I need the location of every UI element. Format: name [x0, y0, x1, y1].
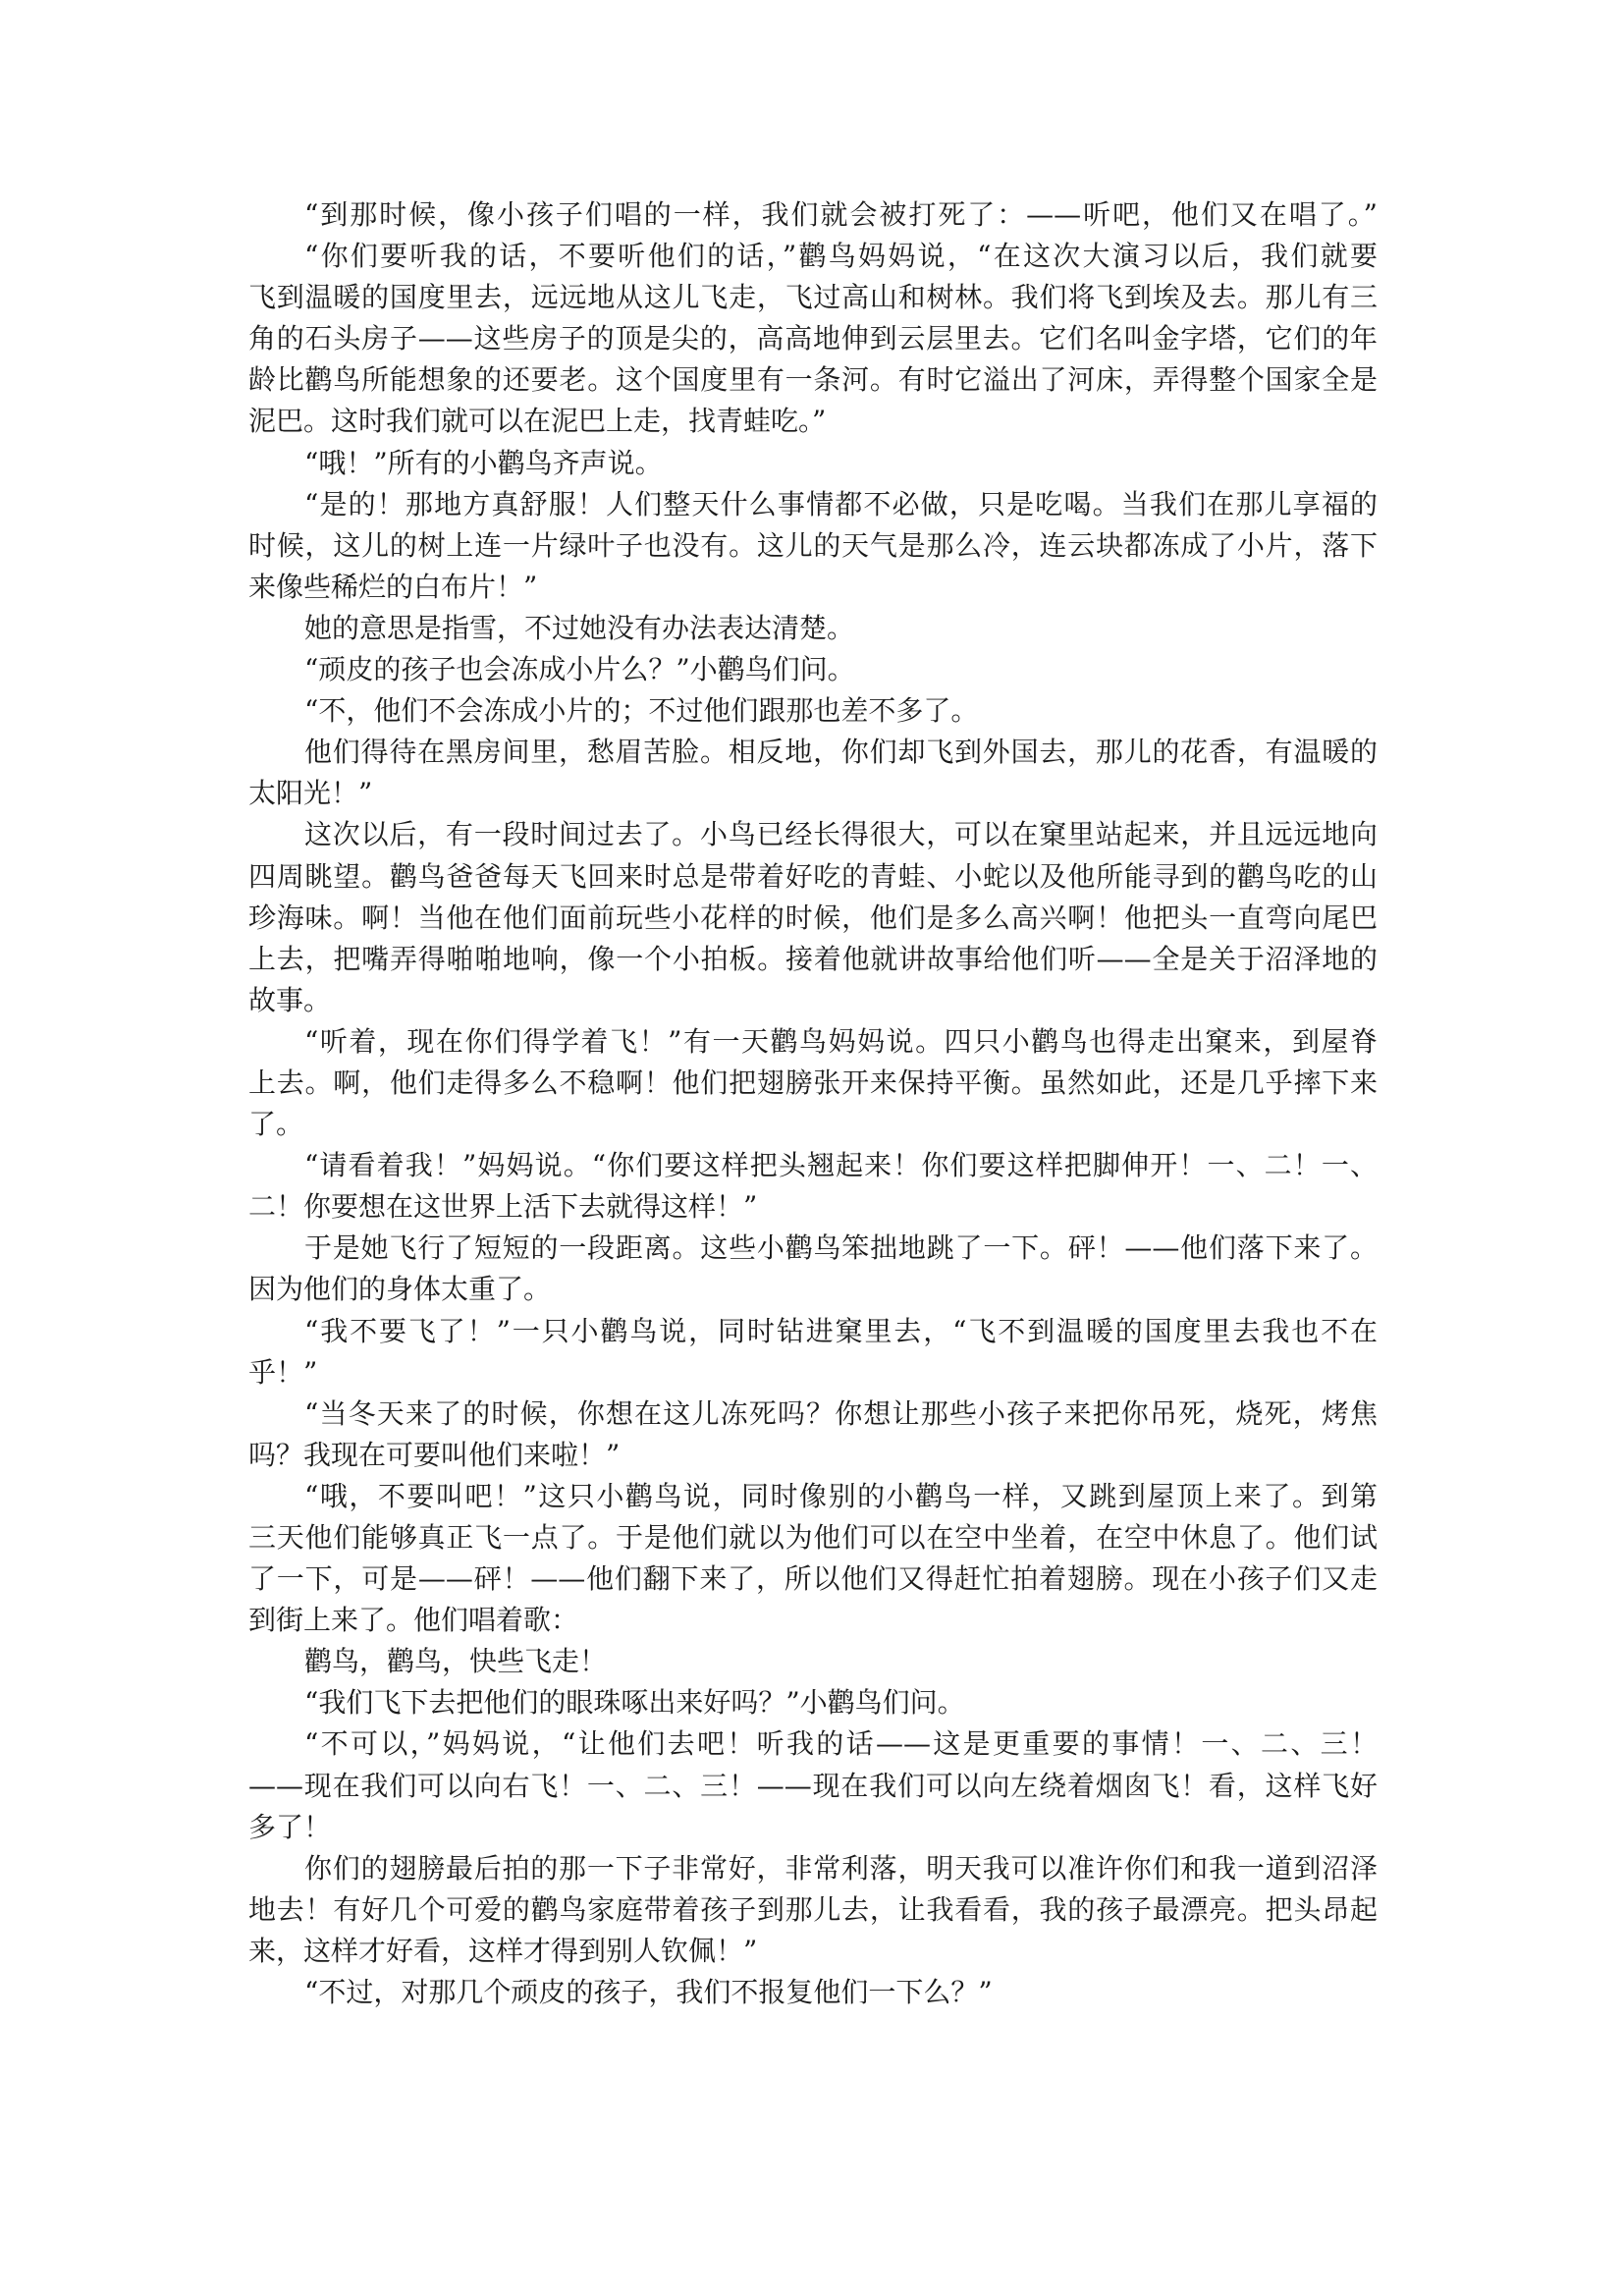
text-line: 珍海味。啊！当他在他们面前玩些小花样的时候，他们是多么高兴啊！他把头一直弯向尾巴 — [248, 898, 1378, 939]
text-line: 四周眺望。鹳鸟爸爸每天飞回来时总是带着好吃的青蛙、小蛇以及他所能寻到的鹳鸟吃的山 — [248, 856, 1378, 898]
text-line: 了。 — [248, 1104, 1378, 1145]
text-line: “请看着我！”妈妈说。“你们要这样把头翘起来！你们要这样把脚伸开！一、二！一、 — [248, 1145, 1378, 1186]
text-line: 时候，这儿的树上连一片绿叶子也没有。这儿的天气是那么冷，连云块都冻成了小片，落下 — [248, 525, 1378, 567]
text-line: 因为他们的身体太重了。 — [248, 1269, 1378, 1310]
text-line: “不过，对那几个顽皮的孩子，我们不报复他们一下么？” — [248, 1972, 1378, 2013]
text-line: 故事。 — [248, 980, 1378, 1021]
text-line: 到街上来了。他们唱着歌： — [248, 1600, 1378, 1641]
text-line: “哦！”所有的小鹳鸟齐声说。 — [248, 443, 1378, 484]
text-line: 这次以后，有一段时间过去了。小鸟已经长得很大，可以在窠里站起来，并且远远地向 — [248, 814, 1378, 855]
text-line: “我们飞下去把他们的眼珠啄出来好吗？”小鹳鸟们问。 — [248, 1682, 1378, 1723]
text-line: 于是她飞行了短短的一段距离。这些小鹳鸟笨拙地跳了一下。砰！——他们落下来了。 — [248, 1228, 1378, 1269]
document-body: “到那时候，像小孩子们唱的一样，我们就会被打死了：——听吧，他们又在唱了。”“你… — [248, 194, 1378, 2013]
text-line: “是的！那地方真舒服！人们整天什么事情都不必做，只是吃喝。当我们在那儿享福的 — [248, 484, 1378, 525]
text-line: 上去。啊，他们走得多么不稳啊！他们把翅膀张开来保持平衡。虽然如此，还是几乎摔下来 — [248, 1063, 1378, 1104]
text-line: 鹳鸟，鹳鸟，快些飞走！ — [248, 1641, 1378, 1682]
text-line: 地去！有好几个可爱的鹳鸟家庭带着孩子到那儿去，让我看看，我的孩子最漂亮。把头昂起 — [248, 1889, 1378, 1931]
text-line: “不可以，”妈妈说，“让他们去吧！听我的话——这是更重要的事情！一、二、三！ — [248, 1723, 1378, 1765]
text-line: 角的石头房子——这些房子的顶是尖的，高高地伸到云层里去。它们名叫金字塔，它们的年 — [248, 318, 1378, 359]
document-page: “到那时候，像小孩子们唱的一样，我们就会被打死了：——听吧，他们又在唱了。”“你… — [248, 194, 1378, 2013]
text-line: 三天他们能够真正飞一点了。于是他们就以为他们可以在空中坐着，在空中休息了。他们试 — [248, 1517, 1378, 1558]
text-line: “我不要飞了！”一只小鹳鸟说，同时钻进窠里去，“飞不到温暖的国度里去我也不在 — [248, 1311, 1378, 1352]
text-line: “你们要听我的话，不要听他们的话，”鹳鸟妈妈说，“在这次大演习以后，我们就要 — [248, 236, 1378, 277]
text-line: 上去，把嘴弄得啪啪地响，像一个小拍板。接着他就讲故事给他们听——全是关于沼泽地的 — [248, 939, 1378, 980]
text-line: 飞到温暖的国度里去，远远地从这儿飞走，飞过高山和树林。我们将飞到埃及去。那儿有三 — [248, 277, 1378, 318]
text-line: “当冬天来了的时候，你想在这儿冻死吗？你想让那些小孩子来把你吊死，烧死，烤焦 — [248, 1394, 1378, 1435]
text-line: 你们的翅膀最后拍的那一下子非常好，非常利落，明天我可以准许你们和我一道到沼泽 — [248, 1848, 1378, 1889]
text-line: 乎！” — [248, 1352, 1378, 1394]
text-line: 来像些稀烂的白布片！” — [248, 567, 1378, 608]
text-line: 多了！ — [248, 1807, 1378, 1848]
text-line: 二！你要想在这世界上活下去就得这样！” — [248, 1186, 1378, 1228]
text-line: 来，这样才好看，这样才得到别人钦佩！” — [248, 1931, 1378, 1972]
text-line: 太阳光！” — [248, 773, 1378, 814]
text-line: “听着，现在你们得学着飞！”有一天鹳鸟妈妈说。四只小鹳鸟也得走出窠来，到屋脊 — [248, 1021, 1378, 1063]
text-line: “到那时候，像小孩子们唱的一样，我们就会被打死了：——听吧，他们又在唱了。” — [248, 194, 1378, 236]
text-line: ——现在我们可以向右飞！一、二、三！——现在我们可以向左绕着烟囱飞！看，这样飞好 — [248, 1766, 1378, 1807]
text-line: 他们得待在黑房间里，愁眉苦脸。相反地，你们却飞到外国去，那儿的花香，有温暖的 — [248, 732, 1378, 773]
text-line: “不，他们不会冻成小片的；不过他们跟那也差不多了。 — [248, 690, 1378, 732]
text-line: 龄比鹳鸟所能想象的还要老。这个国度里有一条河。有时它溢出了河床，弄得整个国家全是 — [248, 359, 1378, 401]
text-line: 泥巴。这时我们就可以在泥巴上走，找青蛙吃。” — [248, 401, 1378, 442]
text-line: 了一下，可是——砰！——他们翻下来了，所以他们又得赶忙拍着翅膀。现在小孩子们又走 — [248, 1558, 1378, 1600]
text-line: “哦，不要叫吧！”这只小鹳鸟说，同时像别的小鹳鸟一样，又跳到屋顶上来了。到第 — [248, 1476, 1378, 1517]
text-line: 吗？我现在可要叫他们来啦！” — [248, 1435, 1378, 1476]
text-line: 她的意思是指雪，不过她没有办法表达清楚。 — [248, 608, 1378, 649]
text-line: “顽皮的孩子也会冻成小片么？”小鹳鸟们问。 — [248, 649, 1378, 690]
